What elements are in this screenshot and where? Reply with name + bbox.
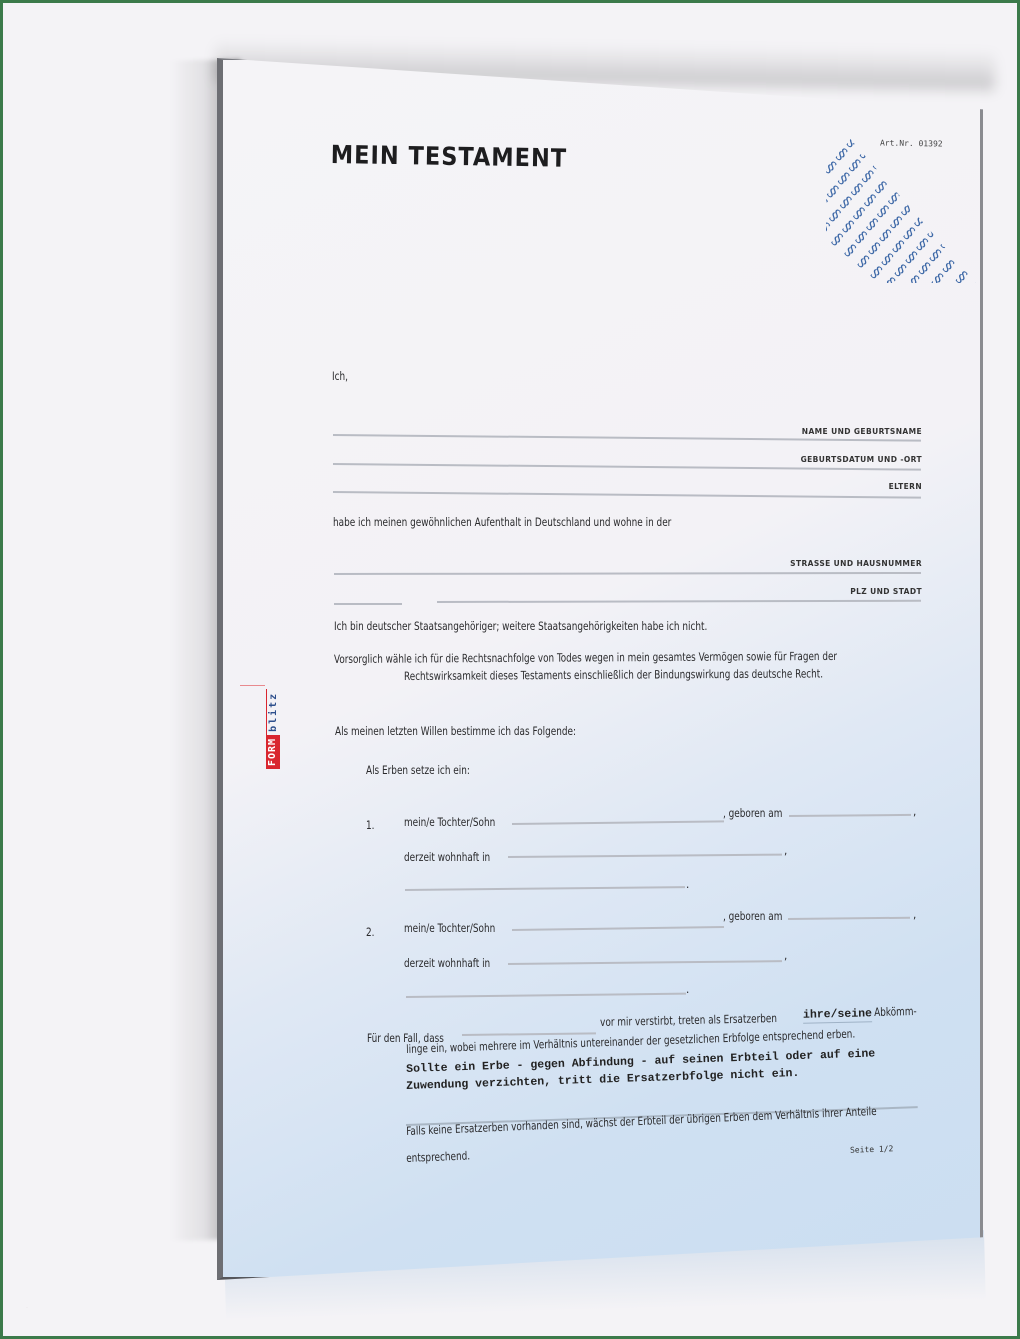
comma: ,	[784, 843, 787, 857]
heirs-intro: Als Erben setze ich ein:	[366, 763, 470, 777]
substitute-choice-select[interactable]: ihre/seine	[803, 1007, 872, 1023]
period: .	[686, 877, 689, 891]
intro-text: Ich,	[332, 369, 348, 383]
comma: ,	[784, 948, 787, 962]
residence-text: habe ich meinen gewöhnlichen Aufenthalt …	[333, 515, 671, 529]
heir-2-number: 2.	[366, 925, 374, 939]
comma: ,	[913, 907, 916, 921]
page-indicator: Seite 1/2	[850, 1144, 894, 1155]
heir-2-relation-label: mein/e Tochter/Sohn	[404, 921, 495, 935]
birth-field-label: GEBURTSDATUM UND -ORT	[700, 455, 922, 464]
name-field-label: NAME UND GEBURTSNAME	[700, 427, 922, 436]
street-field-label: STRASSE UND HAUSNUMMER	[700, 559, 922, 568]
no-substitute-line2: entsprechend.	[406, 1148, 470, 1165]
heir-2-residence-label: derzeit wohnhaft in	[404, 956, 490, 970]
article-number: Art.Nr. 01392	[880, 139, 943, 149]
zip-field[interactable]	[334, 603, 402, 605]
document-title: MEIN TESTAMENT	[331, 140, 568, 173]
brand-blue-part: blitz	[266, 689, 280, 735]
heir-1-born-label: , geboren am	[723, 806, 782, 820]
brand-tick	[240, 685, 265, 686]
substitute-suffix: Abkömm-	[874, 1004, 917, 1019]
law-choice-line2: Rechtswirksamkeit dieses Testaments eins…	[404, 666, 823, 683]
parents-field-label: ELTERN	[700, 482, 922, 491]
comma: ,	[913, 804, 916, 818]
heir-1-relation-label: mein/e Tochter/Sohn	[404, 815, 495, 829]
heir-1-number: 1.	[366, 818, 374, 832]
period: .	[686, 982, 689, 996]
formblitz-logo: FORM blitz	[266, 674, 280, 769]
heir-1-residence-label: derzeit wohnhaft in	[404, 850, 490, 864]
watermark: ·	[26, 1305, 28, 1311]
city-field-label: PLZ UND STADT	[700, 587, 922, 596]
heir-2-born-label: , geboren am	[723, 909, 782, 923]
brand-red-part: FORM	[266, 735, 280, 769]
last-will-text: Als meinen letzten Willen bestimme ich d…	[335, 724, 576, 738]
citizenship-text: Ich bin deutscher Staatsangehöriger; wei…	[334, 619, 707, 633]
